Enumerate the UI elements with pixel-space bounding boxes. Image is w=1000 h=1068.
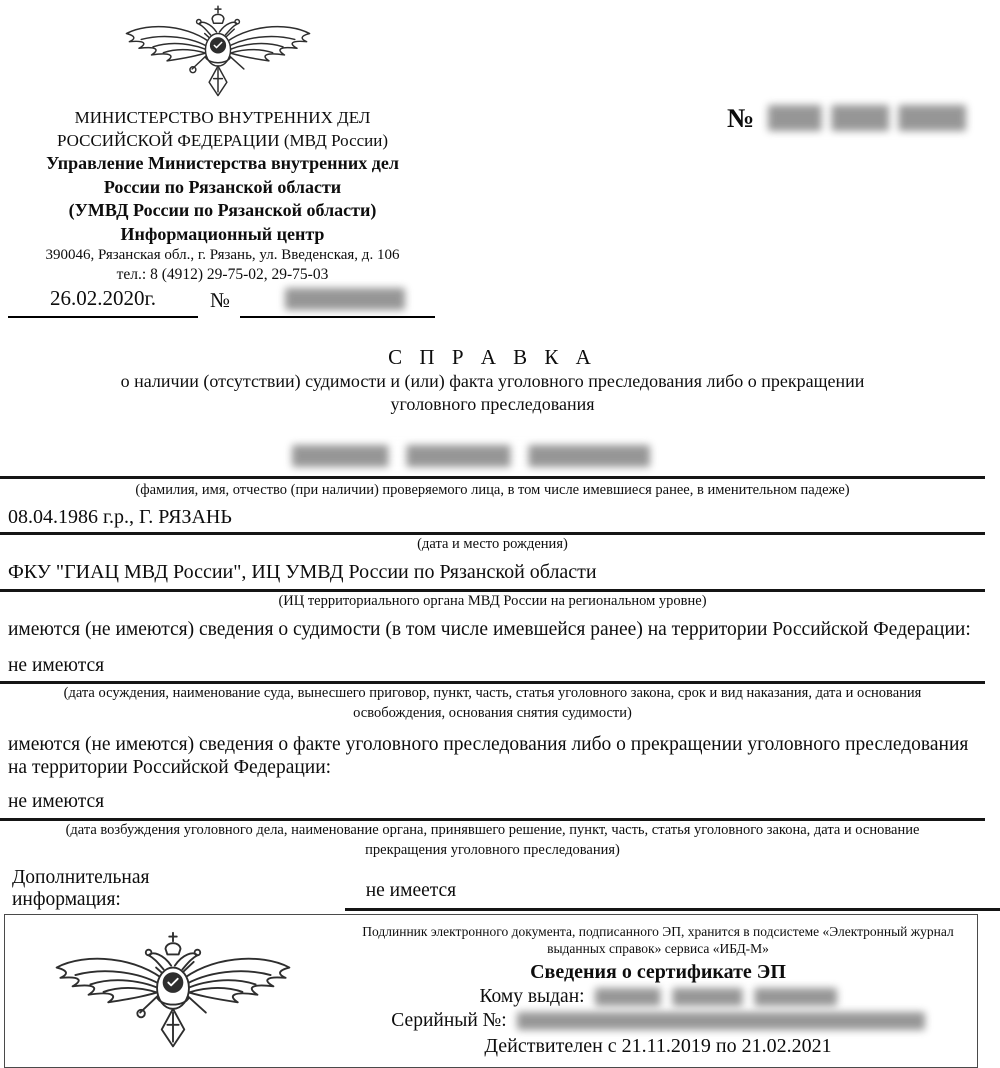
department-line: Управление Министерства внутренних дел xyxy=(10,152,435,176)
prosecution-question-line: на территории Российской Федерации: xyxy=(0,756,1000,779)
certificate-validity: Действителен с 21.11.2019 по 21.02.2021 xyxy=(335,1034,981,1058)
prosecution-caption-line: прекращения уголовного преследования) xyxy=(0,841,985,861)
conviction-answer: не имеются xyxy=(0,655,1000,677)
signature-certificate-box: Подлинник электронного документа, подпис… xyxy=(4,914,978,1068)
name-caption: (фамилия, имя, отчество (при наличии) пр… xyxy=(0,481,985,500)
additional-info-label: Дополнительная информация: xyxy=(12,867,258,911)
authority-address: 390046, Рязанская обл., г. Рязань, ул. В… xyxy=(10,246,435,265)
document-subtitle-line: о наличии (отсутствии) судимости и (или)… xyxy=(0,370,985,393)
document-body: С П Р А В К А о наличии (отсутствии) суд… xyxy=(0,345,1000,1068)
redacted-serial-number xyxy=(517,1012,925,1030)
department-line: Информационный центр xyxy=(10,223,435,247)
certificate-note-line: выданных справок» сервиса «ИБД-М» xyxy=(335,941,981,958)
authority-phone: тел.: 8 (4912) 29-75-02, 29-75-03 xyxy=(10,265,435,284)
issued-to-label: Кому выдан: xyxy=(479,985,584,1008)
document-title: С П Р А В К А xyxy=(0,345,985,370)
ministry-line: РОССИЙСКОЙ ФЕДЕРАЦИИ (МВД России) xyxy=(10,129,435,152)
redacted-top-document-number xyxy=(768,105,966,131)
birth-caption: (дата и место рождения) xyxy=(0,535,985,554)
divider-rule xyxy=(0,476,985,479)
ref-number-field xyxy=(240,284,435,318)
date-and-ref-line: 26.02.2020г. № xyxy=(8,284,435,318)
serial-number-label: Серийный №: xyxy=(391,1009,506,1032)
additional-info-value: не имеется xyxy=(345,880,1000,911)
conviction-caption-line: (дата осуждения, наименование суда, выне… xyxy=(0,684,985,704)
redacted-reference-number xyxy=(285,288,405,310)
mvd-eagle-emblem-icon xyxy=(51,928,295,1054)
conviction-question: имеются (не имеются) сведения о судимост… xyxy=(0,618,1000,641)
birth-value: 08.04.1986 г.р., Г. РЯЗАНЬ xyxy=(0,506,1000,528)
redacted-issued-to xyxy=(595,988,837,1006)
ref-number-sign: № xyxy=(210,288,230,313)
issued-to-row: Кому выдан: xyxy=(335,985,981,1008)
prosecution-answer: не имеются xyxy=(0,791,1000,813)
prosecution-question-line: имеются (не имеются) сведения о факте уг… xyxy=(0,733,1000,756)
person-name-row xyxy=(0,445,1000,467)
registry-value: ФКУ "ГИАЦ МВД России", ИЦ УМВД России по… xyxy=(0,561,1000,583)
document-number-top: № xyxy=(727,103,966,133)
prosecution-caption-line: (дата возбуждения уголовного дела, наиме… xyxy=(0,821,985,841)
certificate-document: МИНИСТЕРСТВО ВНУТРЕННИХ ДЕЛ РОССИЙСКОЙ Ф… xyxy=(0,0,1000,1068)
registry-caption: (ИЦ территориального органа МВД России н… xyxy=(0,592,985,611)
ministry-line: МИНИСТЕРСТВО ВНУТРЕННИХ ДЕЛ xyxy=(10,106,435,129)
additional-info-row: Дополнительная информация: не имеется xyxy=(0,867,1000,911)
certificate-info: Подлинник электронного документа, подпис… xyxy=(335,924,981,1058)
number-sign: № xyxy=(727,103,754,133)
document-subtitle-line: уголовного преследования xyxy=(0,393,985,416)
certificate-note-line: Подлинник электронного документа, подпис… xyxy=(335,924,981,941)
conviction-caption-line: освобождения, основания снятия судимости… xyxy=(0,704,985,724)
issuing-authority-block: МИНИСТЕРСТВО ВНУТРЕННИХ ДЕЛ РОССИЙСКОЙ Ф… xyxy=(10,106,435,284)
department-line: (УМВД России по Рязанской области) xyxy=(10,199,435,223)
issue-date: 26.02.2020г. xyxy=(8,286,198,318)
department-line: России по Рязанской области xyxy=(10,176,435,200)
redacted-person-name xyxy=(292,445,650,467)
mvd-eagle-emblem-icon xyxy=(122,0,314,104)
certificate-title: Сведения о сертификате ЭП xyxy=(335,960,981,984)
serial-number-row: Серийный №: xyxy=(335,1009,981,1032)
